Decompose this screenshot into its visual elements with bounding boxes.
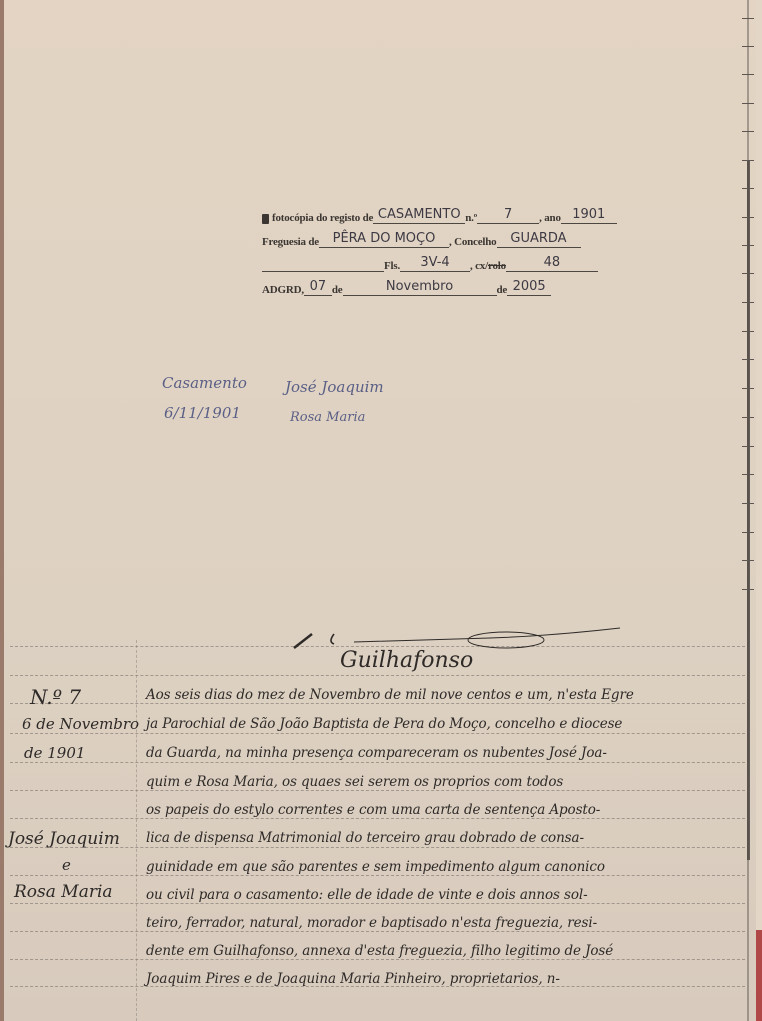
locality-heading: Guilhafonso bbox=[340, 648, 473, 673]
record-text-line: ja Parochial de São João Baptista de Per… bbox=[146, 716, 622, 732]
stamp-month-value: Novembro bbox=[343, 279, 497, 296]
rule-tick bbox=[742, 273, 754, 274]
rule-tick bbox=[742, 589, 754, 590]
record-text-line: os papeis do estylo correntes e com uma … bbox=[146, 802, 600, 818]
rule-tick bbox=[742, 503, 754, 504]
record-text-line: dente em Guilhafonso, annexa d'esta freg… bbox=[146, 943, 613, 959]
ruled-line bbox=[10, 762, 745, 763]
rule-tick bbox=[742, 74, 754, 75]
municipality-value: GUARDA bbox=[497, 231, 581, 248]
rule-tick bbox=[742, 560, 754, 561]
label-roll-struck: rolo bbox=[488, 260, 506, 272]
label-municipality: , Concelho bbox=[449, 236, 497, 248]
ruled-line bbox=[10, 790, 745, 791]
rule-tick bbox=[742, 417, 754, 418]
label-box: , cx/ bbox=[470, 260, 488, 272]
pencil-note-type: Casamento bbox=[162, 374, 247, 392]
record-text-line: Aos seis dias do mez de Novembro de mil … bbox=[146, 687, 634, 703]
record-year-value: 1901 bbox=[561, 207, 617, 224]
rule-tick bbox=[742, 245, 754, 246]
label-de: de bbox=[332, 284, 343, 296]
margin-conjunction: e bbox=[62, 856, 71, 874]
entry-number: N.º 7 bbox=[30, 685, 81, 709]
stamp-icon bbox=[262, 214, 269, 224]
margin-rule bbox=[136, 640, 137, 1021]
rule-tick bbox=[742, 217, 754, 218]
record-text-line: quim e Rosa Maria, os quaes sei serem os… bbox=[146, 774, 563, 790]
ruled-line bbox=[10, 675, 745, 676]
stamp-year-value: 2005 bbox=[507, 279, 551, 296]
rule-tick bbox=[742, 532, 754, 533]
rule-tick bbox=[742, 46, 754, 47]
record-number-value: 7 bbox=[477, 207, 539, 224]
margin-bride-name: Rosa Maria bbox=[14, 882, 113, 902]
rule-tick bbox=[742, 302, 754, 303]
ruled-line bbox=[10, 875, 745, 876]
box-value: 48 bbox=[506, 255, 598, 272]
label-record-type: fotocópia do registo de bbox=[272, 212, 373, 224]
record-text-line: ou civil para o casamento: elle de idade… bbox=[146, 887, 588, 903]
stamp-line-folios: Fls. 3V-4 , cx/ rolo 48 bbox=[262, 248, 642, 272]
stamp-line-date: ADGRD, 07 de Novembro de 2005 bbox=[262, 272, 642, 296]
label-folios: Fls. bbox=[384, 260, 400, 272]
pencil-note-groom: José Joaquim bbox=[285, 378, 384, 396]
flourish-ornament bbox=[290, 620, 620, 650]
record-type-value: CASAMENTO bbox=[373, 207, 465, 224]
pencil-note-bride: Rosa Maria bbox=[290, 410, 365, 425]
record-text-line: Joaquim Pires e de Joaquina Maria Pinhei… bbox=[146, 971, 560, 987]
label-year: , ano bbox=[539, 212, 561, 224]
entry-date-line2: de 1901 bbox=[24, 744, 85, 762]
stamp-line-parish: Freguesia de PÊRA DO MOÇO , Concelho GUA… bbox=[262, 224, 642, 248]
record-text-line: lica de dispensa Matrimonial do terceiro… bbox=[146, 830, 584, 846]
entry-date-line1: 6 de Novembro bbox=[22, 715, 139, 733]
rule-tick bbox=[742, 188, 754, 189]
rule-tick bbox=[742, 474, 754, 475]
ruled-line bbox=[10, 818, 745, 819]
rule-tick bbox=[742, 103, 754, 104]
rule-tick bbox=[742, 388, 754, 389]
rule-tick bbox=[742, 331, 754, 332]
label-number: n.º bbox=[465, 212, 477, 224]
rule-tick bbox=[742, 446, 754, 447]
right-margin-rule-ink bbox=[747, 160, 750, 860]
ruled-line bbox=[10, 703, 745, 704]
ruled-line bbox=[10, 733, 745, 734]
rule-tick bbox=[742, 131, 754, 132]
rule-tick bbox=[742, 359, 754, 360]
label-de: de bbox=[497, 284, 508, 296]
parish-value: PÊRA DO MOÇO bbox=[319, 231, 449, 248]
stamp-day-value: 07 bbox=[304, 279, 332, 296]
ruled-line bbox=[10, 903, 745, 904]
rule-tick bbox=[742, 18, 754, 19]
label-parish: Freguesia de bbox=[262, 236, 319, 248]
label-archive: ADGRD, bbox=[262, 284, 304, 296]
margin-groom-name: José Joaquim bbox=[8, 829, 120, 849]
ruled-line bbox=[10, 847, 745, 848]
archive-stamp: fotocópia do registo de CASAMENTO n.º 7 … bbox=[262, 200, 642, 296]
record-text-line: da Guarda, na minha presença comparecera… bbox=[146, 745, 607, 761]
pencil-note-date: 6/11/1901 bbox=[164, 404, 241, 422]
record-text-line: guinidade em que são parentes e sem impe… bbox=[146, 859, 605, 875]
background-edge bbox=[756, 930, 762, 1021]
stamp-line-record: fotocópia do registo de CASAMENTO n.º 7 … bbox=[262, 200, 642, 224]
ruled-line bbox=[10, 931, 745, 932]
record-text-line: teiro, ferrador, natural, morador e bapt… bbox=[146, 915, 597, 931]
folios-value: 3V-4 bbox=[400, 255, 470, 272]
rule-tick bbox=[742, 160, 754, 161]
ruled-line bbox=[10, 959, 745, 960]
